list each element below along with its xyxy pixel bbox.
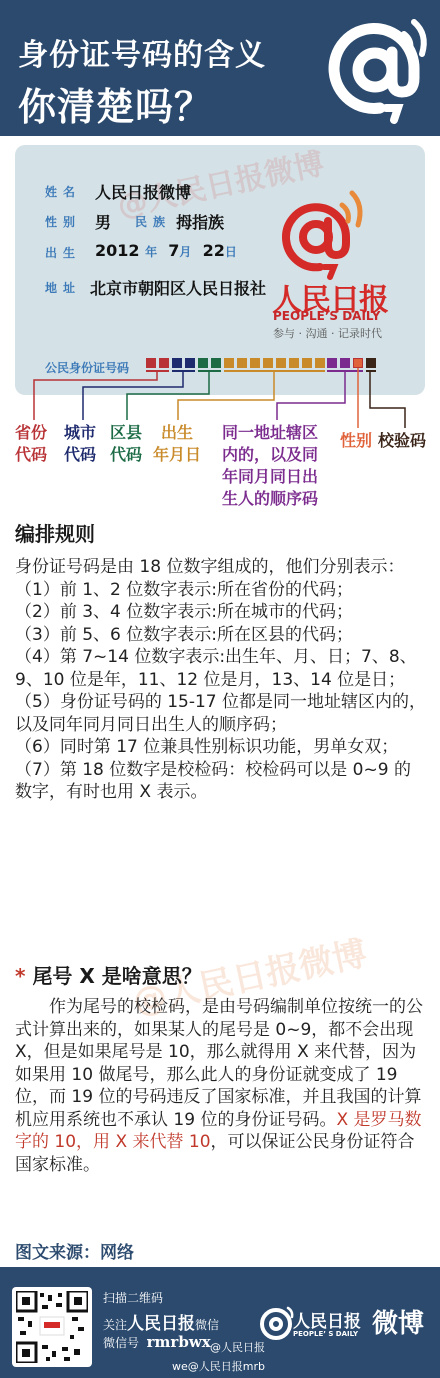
category-check: 校验码 xyxy=(378,430,426,452)
rule-line: （6）同时第 17 位兼具性别标识功能，男单女双； xyxy=(15,736,427,759)
connector-lines xyxy=(0,0,440,440)
x-section-title: * 尾号 X 是啥意思？ xyxy=(15,960,202,989)
wechat-id: 微信号 rmrbwx xyxy=(103,1333,211,1351)
footer-brand-cn: 人民日报 xyxy=(293,1307,361,1332)
category-province: 省份 代码 xyxy=(15,422,47,466)
at-sign-icon xyxy=(258,1300,298,1348)
weibo-handle: @人民日报 xyxy=(210,1339,265,1355)
weibo-handle-2: we@人民日报mrb xyxy=(172,1358,265,1374)
rule-line: 身份证号码是由 18 位数字组成的，他们分别表示： xyxy=(15,556,427,579)
x-section-body: 作为尾号的校检码，是由号码编制单位按统一的公式计算出来的，如果某人的尾号是 0~… xyxy=(15,996,427,1176)
footer-brand-en: PEOPLE’ S DAILY xyxy=(293,1330,358,1338)
rule-line: （4）第 7~14 位数字表示:出生年、月、日；7、8、9、10 位是年，11、… xyxy=(15,646,427,691)
scan-qr-text: 扫描二维码 xyxy=(103,1289,163,1306)
rule-line: （7）第 18 位数字是校检码：校检码可以是 0~9 的数字，有时也用 X 表示… xyxy=(15,759,427,804)
follow-text: 关注人民日报微信 xyxy=(103,1309,219,1334)
category-city: 城市 代码 xyxy=(64,422,96,466)
qr-code-icon xyxy=(16,1291,88,1363)
category-sequence: 同一地址辖区 内的，以及同 年同月同日出 生人的顺序码 xyxy=(222,422,318,510)
rules-body: 身份证号码是由 18 位数字组成的，他们分别表示： （1）前 1、2 位数字表示… xyxy=(15,556,427,804)
category-gender: 性别 xyxy=(340,430,372,452)
rule-line: （5）身份证号码的 15-17 位都是同一地址辖区内的，以及同年同月同日出生人的… xyxy=(15,691,427,736)
rules-title: 编排规则 xyxy=(15,518,95,547)
category-district: 区县 代码 xyxy=(110,422,142,466)
asterisk: * xyxy=(15,964,25,988)
rule-line: （2）前 3、4 位数字表示:所在城市的代码； xyxy=(15,601,427,624)
footer: 扫描二维码 关注人民日报微信 微信号 rmrbwx @人民日报 we@人民日报m… xyxy=(0,1267,440,1378)
category-birth: 出生 年月日 xyxy=(153,422,201,466)
source-credit: 图文来源：网络 xyxy=(15,1238,134,1263)
rule-line: （1）前 1、2 位数字表示:所在省份的代码； xyxy=(15,579,427,602)
qr-code[interactable] xyxy=(12,1287,92,1367)
footer-brand-weibo: 微博 xyxy=(372,1303,424,1340)
rule-line: （3）前 5、6 位数字表示:所在区县的代码； xyxy=(15,624,427,647)
